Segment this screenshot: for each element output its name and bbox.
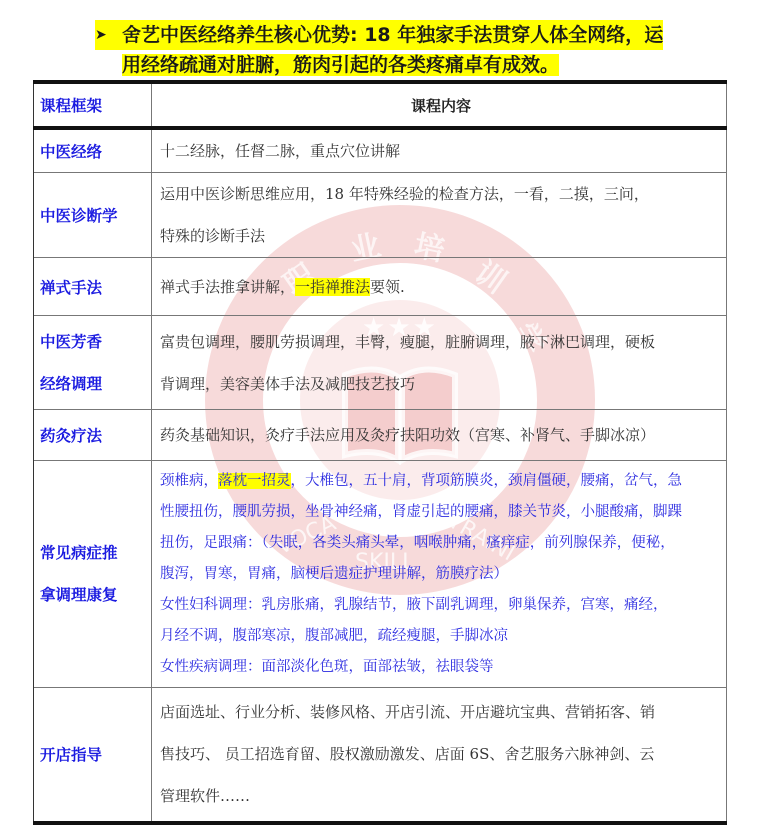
arrow-bullet-icon: ➤ <box>95 20 122 50</box>
table-row: 中医诊断学 运用中医诊断思维应用，18 年特殊经验的检查方法，一看，二摸，三问，… <box>34 173 727 258</box>
row-label: 开店指导 <box>34 688 152 823</box>
course-table: 课程框架 课程内容 中医经络 十二经脉，任督二脉，重点穴位讲解 中医诊断学 运用… <box>33 80 727 825</box>
row-content: 富贵包调理，腰肌劳损调理，丰臀，瘦腿，脏腑调理，腋下淋巴调理，硬板 背调理，美容… <box>152 316 727 410</box>
table-row: 中医经络 十二经脉，任督二脉，重点穴位讲解 <box>34 128 727 173</box>
content-text: 要领. <box>370 278 405 296</box>
content-line: 禅式手法推拿讲解，一指禅推法要领. <box>160 266 722 308</box>
row-label: 中医诊断学 <box>34 173 152 258</box>
highlighted-text: 落枕一招灵 <box>218 473 291 489</box>
label-line: 拿调理康复 <box>40 574 151 616</box>
content-line: 特殊的诊断手法 <box>160 215 722 257</box>
content-line: 颈椎病，落枕一招灵，大椎包，五十肩，背项筋膜炎，颈肩僵硬，腰痛，岔气，急 <box>160 466 722 497</box>
content-line: 性腰扭伤，腰肌劳损，坐骨神经痛，肾虚引起的腰痛，膝关节炎，小腿酸痛，脚踝 <box>160 497 722 528</box>
row-label: 禅式手法 <box>34 258 152 316</box>
table-row: 药灸疗法 药灸基础知识，灸疗手法应用及灸疗扶阳功效（宫寒、补肾气、手脚冰凉） <box>34 410 727 461</box>
content-line: 十二经脉，任督二脉，重点穴位讲解 <box>160 130 722 172</box>
content-line: 运用中医诊断思维应用，18 年特殊经验的检查方法，一看，二摸，三问， <box>160 173 722 215</box>
content-line: 售技巧、 员工招选育留、股权激励激发、店面 6S、舍艺服务六脉神剑、云 <box>160 733 722 775</box>
row-label: 常见病症推 拿调理康复 <box>34 461 152 688</box>
content-text: 禅式手法推拿讲解， <box>160 278 295 296</box>
label-line: 中医芳香 <box>40 321 151 363</box>
content-line: 药灸基础知识，灸疗手法应用及灸疗扶阳功效（宫寒、补肾气、手脚冰凉） <box>160 414 722 456</box>
table-row: 常见病症推 拿调理康复 颈椎病，落枕一招灵，大椎包，五十肩，背项筋膜炎，颈肩僵硬… <box>34 461 727 688</box>
content-line: 店面选址、行业分析、装修风格、开店引流、开店避坑宝典、营销拓客、销 <box>160 691 722 733</box>
heading-line-1: 舍艺中医经络养生核心优势: 18 年独家手法贯穿人体全网络，运 <box>122 20 663 50</box>
table-row: 禅式手法 禅式手法推拿讲解，一指禅推法要领. <box>34 258 727 316</box>
label-line: 常见病症推 <box>40 532 151 574</box>
table-row: 中医芳香 经络调理 富贵包调理，腰肌劳损调理，丰臀，瘦腿，脏腑调理，腋下淋巴调理… <box>34 316 727 410</box>
table-header-row: 课程框架 课程内容 <box>34 82 727 128</box>
label-line: 经络调理 <box>40 363 151 405</box>
row-label: 中医芳香 经络调理 <box>34 316 152 410</box>
content-line: 背调理，美容美体手法及减肥技艺技巧 <box>160 363 722 405</box>
content-line: 月经不调，腹部寒凉，腹部减肥，疏经瘦腿，手脚冰凉 <box>160 621 722 652</box>
row-label: 药灸疗法 <box>34 410 152 461</box>
content-line: 扭伤，足跟痛：（失眠，各类头痛头晕，咽喉肿痛，瘙痒症，前列腺保养，便秘， <box>160 528 722 559</box>
content-text: 颈椎病， <box>160 473 218 489</box>
row-label: 中医经络 <box>34 128 152 173</box>
content-line: 管理软件…… <box>160 775 722 817</box>
row-content: 运用中医诊断思维应用，18 年特殊经验的检查方法，一看，二摸，三问， 特殊的诊断… <box>152 173 727 258</box>
column-header-content: 课程内容 <box>152 82 727 128</box>
row-content: 店面选址、行业分析、装修风格、开店引流、开店避坑宝典、营销拓客、销 售技巧、 员… <box>152 688 727 823</box>
highlighted-text: 一指禅推法 <box>295 278 370 296</box>
content-text: ，大椎包，五十肩，背项筋膜炎，颈肩僵硬，腰痛，岔气，急 <box>291 473 683 489</box>
row-content: 颈椎病，落枕一招灵，大椎包，五十肩，背项筋膜炎，颈肩僵硬，腰痛，岔气，急 性腰扭… <box>152 461 727 688</box>
section-heading: ➤ 舍艺中医经络养生核心优势: 18 年独家手法贯穿人体全网络，运 用经络疏通对… <box>95 20 663 80</box>
table-row: 开店指导 店面选址、行业分析、装修风格、开店引流、开店避坑宝典、营销拓客、销 售… <box>34 688 727 823</box>
row-content: 药灸基础知识，灸疗手法应用及灸疗扶阳功效（宫寒、补肾气、手脚冰凉） <box>152 410 727 461</box>
content-line: 女性妇科调理：乳房胀痛，乳腺结节，腋下副乳调理，卵巢保养，宫寒，痛经， <box>160 590 722 621</box>
content-line: 女性疾病调理：面部淡化色斑，面部祛皱，祛眼袋等 <box>160 652 722 683</box>
row-content: 十二经脉，任督二脉，重点穴位讲解 <box>152 128 727 173</box>
content-line: 腹泻，胃寒，胃痛，脑梗后遗症护理讲解，筋膜疗法） <box>160 559 722 590</box>
column-header-framework: 课程框架 <box>34 82 152 128</box>
heading-line-2: 用经络疏通对脏腑，筋肉引起的各类疼痛卓有成效。 <box>122 54 559 76</box>
content-line: 富贵包调理，腰肌劳损调理，丰臀，瘦腿，脏腑调理，腋下淋巴调理，硬板 <box>160 321 722 363</box>
row-content: 禅式手法推拿讲解，一指禅推法要领. <box>152 258 727 316</box>
